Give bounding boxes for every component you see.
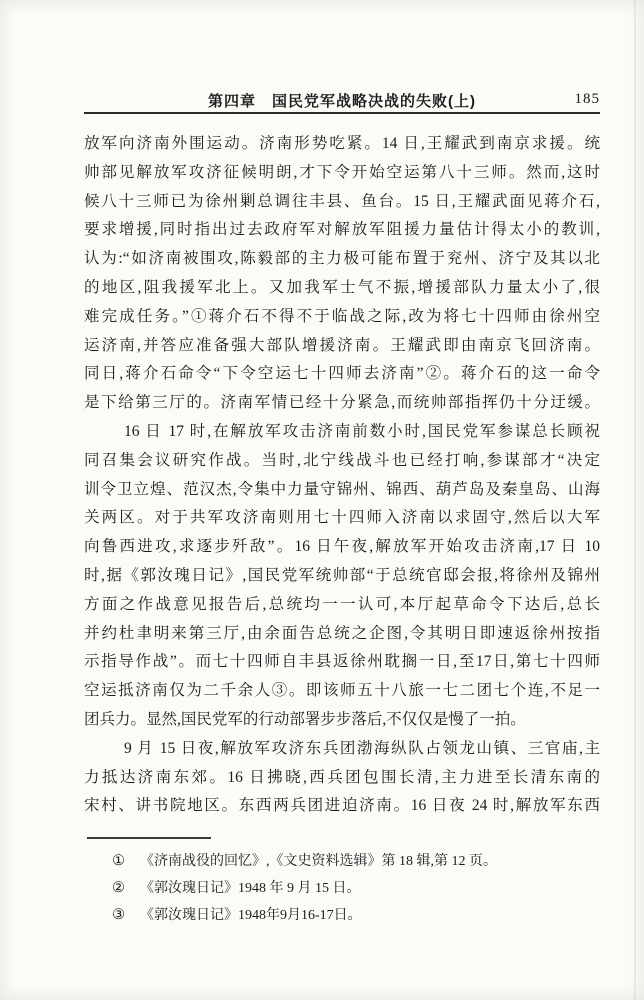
text-line: 同召集会议研究作战。当时,北宁线战斗也已经打响,参谋部才“决定: [84, 447, 600, 476]
text-line: 示指导作战”。而七十四师自丰县返徐州耽搁一日,至17日,第七十四师: [84, 648, 600, 677]
text-line: 难完成任务。”①蒋介石不得不于临战之际,改为将七十四师由徐州空: [84, 303, 600, 332]
text-line: 运济南,并答应准备强大部队增援济南。王耀武即由南京飞回济南。: [84, 332, 600, 361]
chapter-title: 第四章 国民党军战略决战的失败(上): [84, 90, 600, 111]
footnote: ① 《济南战役的回忆》,《文史资料选辑》第 18 辑,第 12 页。: [112, 848, 600, 875]
footnote-marker: ①: [112, 848, 140, 875]
text-line: 力抵达济南东郊。16 日拂晓,西兵团包围长清,主力进至长清东南的: [84, 764, 600, 793]
text-line: 要求增援,同时指出过去政府军对解放军阻援力量估计得太小的教训,: [84, 216, 600, 245]
text-line: 关两区。对于共军攻济南则用七十四师入济南以求固守,然后以大军: [84, 504, 600, 533]
text-line: 的地区,阻我援军北上。又加我军士气不振,增援部队力量太小了,很: [84, 274, 600, 303]
footnote: ③ 《郭汝瑰日记》1948年9月16-17日。: [112, 902, 600, 929]
footnote-marker: ③: [112, 902, 140, 929]
footnotes: ① 《济南战役的回忆》,《文史资料选辑》第 18 辑,第 12 页。 ② 《郭汝…: [112, 848, 600, 930]
footnote-marker: ②: [112, 875, 140, 902]
body-text: 放军向济南外围运动。济南形势吃紧。14 日,王耀武到南京求援。统 帅部见解放军攻…: [84, 130, 600, 821]
footnote-text: 《郭汝瑰日记》1948 年 9 月 15 日。: [140, 875, 600, 902]
text-line: 帅部见解放军攻济征候明朗,才下令开始空运第八十三师。然而,这时: [84, 159, 600, 188]
text-line: 方面之作战意见报告后,总统均一一认可,本厅起草命令下达后,总长: [84, 591, 600, 620]
text-line: 空运抵济南仅为二千余人③。即该师五十八旅一七二团七个连,不足一: [84, 677, 600, 706]
text-line: 时,据《郭汝瑰日记》,国民党军统帅部“于总统官邸会报,将徐州及锦州: [84, 562, 600, 591]
footnote: ② 《郭汝瑰日记》1948 年 9 月 15 日。: [112, 875, 600, 902]
text-line: 向鲁西进攻,求逐步歼敌”。16 日午夜,解放军开始攻击济南,17 日 10: [84, 533, 600, 562]
text-line-paragraph-start: 9 月 15 日夜,解放军攻济东兵团渤海纵队占领龙山镇、三官庙,主: [84, 735, 600, 764]
scan-edge-shadow: [634, 0, 636, 1000]
footnote-text: 《郭汝瑰日记》1948年9月16-17日。: [140, 902, 600, 929]
page-header: 第四章 国民党军战略决战的失败(上) 185: [84, 90, 600, 112]
page-number: 185: [575, 91, 601, 108]
text-line: 同日,蒋介石命令“下令空运七十四师去济南”②。蒋介石的这一命令: [84, 360, 600, 389]
text-line-paragraph-start: 16 日 17 时,在解放军攻击济南前数小时,国民党军参谋总长顾祝: [84, 418, 600, 447]
footnote-divider: [87, 837, 211, 839]
text-line: 并约杜聿明来第三厅,由余面告总统之企图,令其明日即速返徐州按指: [84, 620, 600, 649]
footnote-text: 《济南战役的回忆》,《文史资料选辑》第 18 辑,第 12 页。: [140, 848, 600, 875]
header-rule: [84, 112, 600, 114]
text-line-paragraph-end: 团兵力。显然,国民党军的行动部署步步落后,不仅仅是慢了一拍。: [84, 706, 600, 735]
text-line: 认为:“如济南被围攻,陈毅部的主力极可能布置于兖州、济宁及其以北: [84, 245, 600, 274]
text-line: 候八十三师已为徐州剿总调往丰县、鱼台。15 日,王耀武面见蒋介石,: [84, 188, 600, 217]
text-line: 放军向济南外围运动。济南形势吃紧。14 日,王耀武到南京求援。统: [84, 130, 600, 159]
text-line: 训令卫立煌、范汉杰,令集中力量守锦州、锦西、葫芦岛及秦皇岛、山海: [84, 476, 600, 505]
text-line: 是下给第三厅的。济南军情已经十分紧急,而统帅部指挥仍十分迂缓。: [84, 389, 600, 418]
text-line: 宋村、讲书院地区。东西两兵团进迫济南。16 日夜 24 时,解放军东西: [84, 792, 600, 821]
book-page: 第四章 国民党军战略决战的失败(上) 185 放军向济南外围运动。济南形势吃紧。…: [0, 0, 644, 1000]
